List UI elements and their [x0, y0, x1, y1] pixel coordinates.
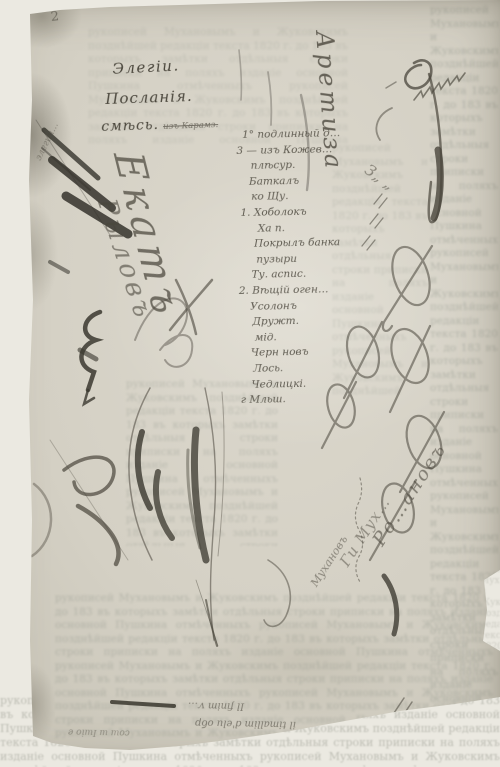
hook-tick	[386, 82, 396, 88]
list-item: Покрылъ банка	[254, 235, 342, 252]
list-item: Ту. аспис.	[251, 267, 342, 284]
list-item: 1. Хоболокъ	[240, 204, 341, 221]
page-number: 2	[50, 9, 60, 25]
swoosh	[78, 506, 118, 564]
swoosh	[32, 484, 51, 556]
heading-elegies: Элегіи.	[112, 56, 180, 77]
list-item: Дружт.	[252, 313, 343, 330]
inverted-inscription-2: il timallim d'elu обр	[195, 717, 296, 730]
list-item: пузыри	[256, 251, 342, 268]
margin-note: элегич…	[34, 121, 61, 162]
manuscript-scan: рукописей Мухановымъ и Жуковскимъ позднѣ…	[0, 0, 500, 767]
heading-miscellany: смѣсь.	[101, 117, 159, 135]
list-item: Чедлицкі.	[251, 376, 344, 393]
hook-curl	[376, 108, 392, 140]
list-item: Лось.	[253, 360, 344, 377]
list-item: Баткалъ	[249, 173, 341, 190]
z-arrow	[84, 390, 94, 404]
crossed-out-note: изъ Карамз.	[163, 120, 218, 132]
swoosh	[64, 457, 114, 494]
inverted-inscription-1: Il finim ѵ…	[188, 700, 244, 712]
list-item: г Мльш.	[241, 391, 345, 408]
hook-loop	[405, 60, 431, 88]
smudge	[50, 262, 68, 272]
z-body	[81, 312, 100, 390]
list-item: Ха п.	[258, 220, 342, 237]
list-item: мід.	[255, 329, 344, 346]
manuscript-page: рукописей Мухановымъ и Жуковскимъ позднѣ…	[0, 0, 500, 767]
bottom-left-flourishes	[32, 440, 128, 564]
list-item: ко Щу.	[251, 189, 341, 206]
smudge	[80, 350, 96, 359]
inverted-inscription-3: сош ш Iшіо е	[68, 726, 130, 737]
smudge	[42, 148, 90, 190]
swoosh-hair	[50, 440, 128, 560]
list-item: 2. Вѣщій оген…	[239, 282, 343, 299]
list-item: Черн новъ	[251, 344, 344, 361]
heading-epistles: Посланія.	[105, 87, 193, 108]
list-item: Усолонъ	[250, 298, 343, 315]
